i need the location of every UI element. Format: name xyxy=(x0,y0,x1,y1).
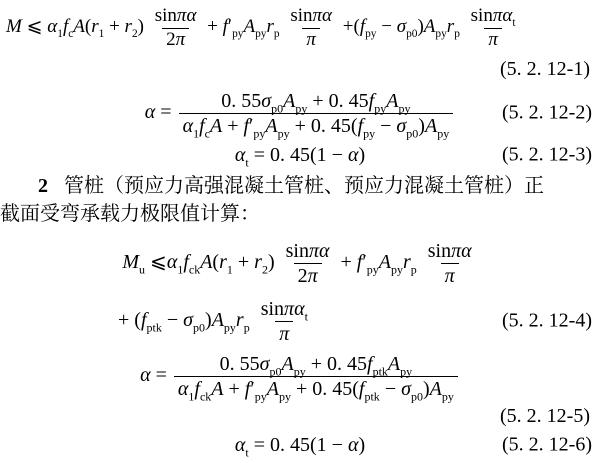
paragraph-item-2: 2管桩（预应力高强混凝土管桩、预应力混凝土管桩）正 截面受弯承载力极限值计算： xyxy=(0,172,600,228)
paragraph-text-line2: 截面受弯承载力极限值计算： xyxy=(0,200,600,228)
equation-number-5-2-12-1: (5. 2. 12-1) xyxy=(500,58,590,81)
equation-number-5-2-12-2: (5. 2. 12-2) xyxy=(502,102,592,125)
equation-5-2-12-3: αt = 0. 45(1 − α) (5. 2. 12-3) xyxy=(0,142,600,168)
formula-5-2-12-6: αt = 0. 45(1 − α) xyxy=(235,434,365,457)
paragraph-text-line1: 管桩（预应力高强混凝土管桩、预应力混凝土管桩）正 xyxy=(64,175,544,197)
equation-number-5-2-12-5: (5. 2. 12-5) xyxy=(500,405,590,428)
equation-5-2-12-6: αt = 0. 45(1 − α) (5. 2. 12-6) xyxy=(0,430,600,460)
equation-number-5-2-12-6: (5. 2. 12-6) xyxy=(502,434,592,457)
equation-number-5-2-12-4: (5. 2. 12-4) xyxy=(502,310,592,333)
equation-5-2-12-4-line2: + (fptk − σp0)Apyrp sinπαtπ (5. 2. 12-4) xyxy=(0,292,600,350)
equation-5-2-12-4-line1: Mu ⩽α1fckA(r1 + r2) sinπα2π + f′pyApyrp … xyxy=(0,234,600,292)
item-number: 2 xyxy=(38,175,48,197)
formula-5-2-12-2: α = 0. 55σp0Apy + 0. 45fpyApyα1fcA + f′p… xyxy=(145,89,455,138)
formula-5-2-12-3: αt = 0. 45(1 − α) xyxy=(235,144,365,167)
formula-5-2-12-4-line1: Mu ⩽α1fckA(r1 + r2) sinπα2π + f′pyApyrp … xyxy=(122,239,477,288)
formula-5-2-12-1: M ⩽ α1fcA(r1 + r2) sinπα2π + f′pyApyrp s… xyxy=(6,5,522,52)
formula-5-2-12-5: α = 0. 55σp0Apy + 0. 45fptkApyα1fckA + f… xyxy=(140,352,460,401)
paragraph-line-1: 2管桩（预应力高强混凝土管桩、预应力混凝土管桩）正 xyxy=(0,172,600,200)
equation-5-2-12-1: M ⩽ α1fcA(r1 + r2) sinπα2π + f′pyApyrp s… xyxy=(0,2,600,54)
equation-number-5-2-12-3: (5. 2. 12-3) xyxy=(502,144,592,167)
equation-5-2-12-2: α = 0. 55σp0Apy + 0. 45fpyApyα1fcA + f′p… xyxy=(0,84,600,142)
equation-5-2-12-5: α = 0. 55σp0Apy + 0. 45fptkApyα1fckA + f… xyxy=(0,350,600,402)
formula-5-2-12-4-line2: + (fptk − σp0)Apyrp sinπαtπ xyxy=(118,297,314,346)
equation-number-row-5: (5. 2. 12-5) xyxy=(0,402,600,430)
equation-number-row-1: (5. 2. 12-1) xyxy=(0,54,600,84)
document-page: M ⩽ α1fcA(r1 + r2) sinπα2π + f′pyApyrp s… xyxy=(0,0,600,463)
